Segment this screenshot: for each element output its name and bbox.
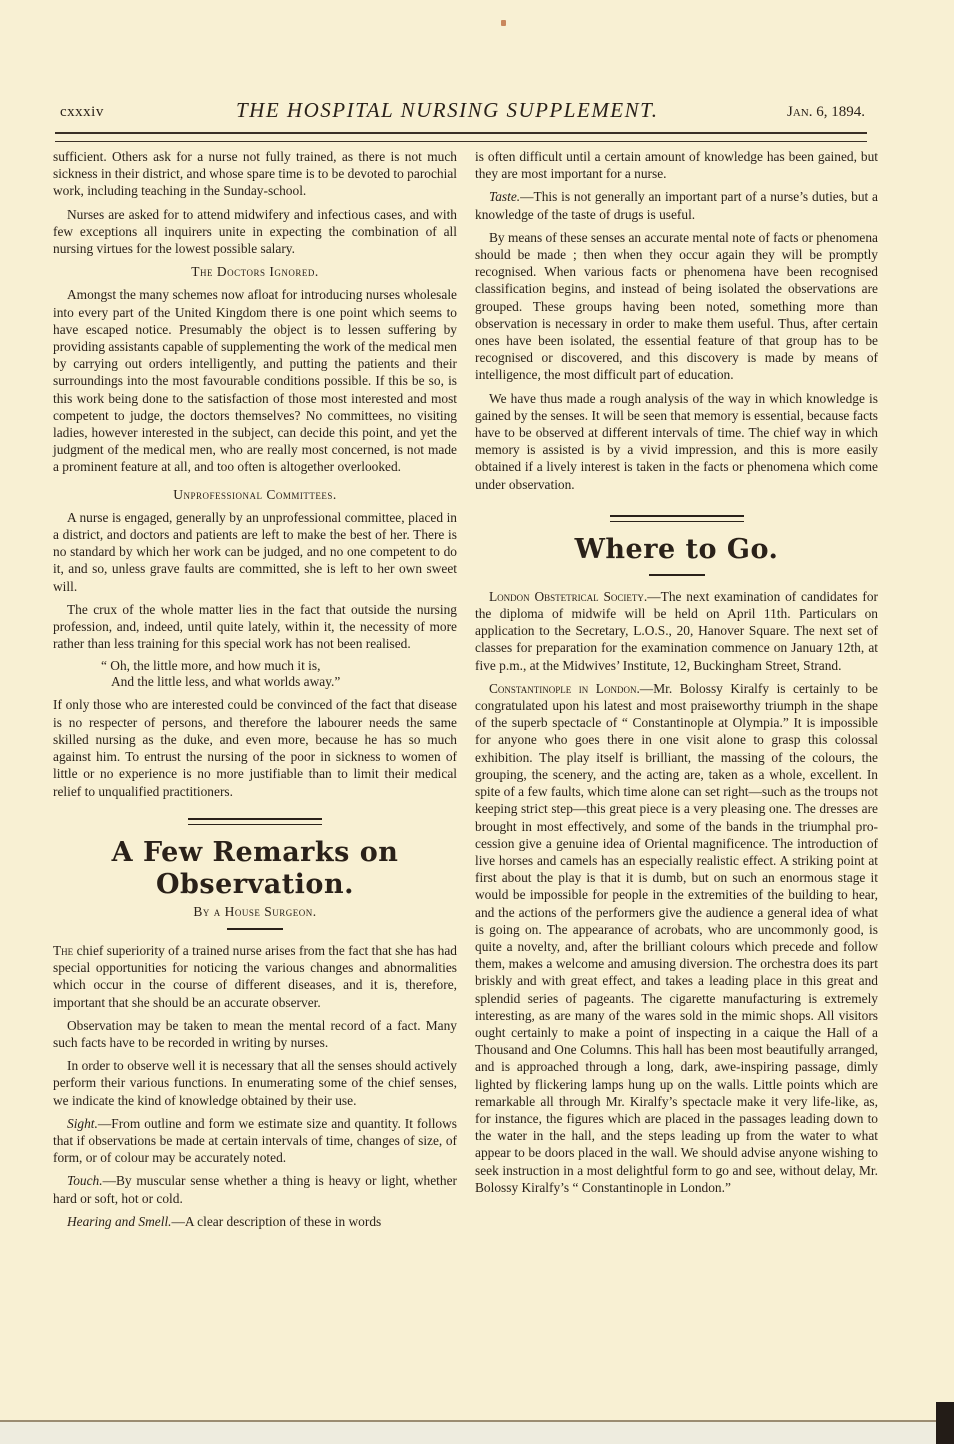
notice-constantinople: Constantinople in London.—Mr. Bolossy Ki… [475, 680, 878, 1196]
paragraph: By means of these senses an accurate men… [475, 229, 878, 384]
paragraph: If only those who are interested could b… [53, 696, 457, 799]
left-column: sufficient. Others ask for a nurse not f… [53, 148, 457, 1236]
title-underline [227, 928, 283, 930]
sense-label: Taste. [489, 189, 520, 204]
sense-label: Hearing and Smell. [67, 1214, 172, 1229]
header-rule [55, 132, 867, 142]
section-heading-unprofessional-committees: Unprofessional Committees. [53, 486, 457, 503]
paragraph: Nurses are asked for to attend midwifery… [53, 206, 457, 258]
section-heading-doctors-ignored: The Doctors Ignored. [53, 263, 457, 280]
notice-text: —Mr. Bolossy Kiralfy is cer­tainly to be… [475, 681, 878, 1195]
lead-text: chief superiority of a trained nurse ari… [53, 943, 457, 1010]
sense-label: Touch. [67, 1173, 103, 1188]
quote-line: “ Oh, the little more, and how much it i… [101, 658, 457, 674]
sense-label: Sight. [67, 1116, 98, 1131]
paragraph: A nurse is engaged, generally by an unpr… [53, 509, 457, 595]
quote-line: And the little less, and what worlds awa… [101, 674, 457, 690]
lead-paragraph: The chief superiority of a trained nurse… [53, 942, 457, 1011]
sense-text: —This is not generally an important part… [475, 189, 878, 221]
paragraph: In order to observe well it is necessary… [53, 1057, 457, 1109]
article-title-where-to-go: Where to Go. [475, 534, 878, 566]
sense-paragraph-sight: Sight.—From outline and form we estimate… [53, 1115, 457, 1167]
sense-paragraph-taste: Taste.—This is not generally an importan… [475, 188, 878, 222]
paragraph: is often difficult until a certain amoun… [475, 148, 878, 182]
paragraph: We have thus made a rough analysis of th… [475, 390, 878, 493]
notice-london-obstetrical: London Obstetrical Society.—The next exa… [475, 588, 878, 674]
article-byline: By a House Surgeon. [53, 903, 457, 920]
sense-paragraph-hearing-smell: Hearing and Smell.—A clear description o… [53, 1213, 457, 1230]
notice-heading: London Obstetrical Society. [489, 589, 647, 604]
paragraph: Amongst the many schemes now afloat for … [53, 286, 457, 475]
paragraph: The crux of the whole matter lies in the… [53, 601, 457, 653]
issue-date: Jan. 6, 1894. [787, 104, 865, 121]
scan-background [0, 1420, 954, 1444]
newspaper-page: cxxxiv THE HOSPITAL NURSING SUPPLEMENT. … [0, 0, 954, 1420]
scan-edge-shadow [936, 1402, 954, 1444]
section-divider [610, 515, 744, 522]
paragraph: sufficient. Others ask for a nurse not f… [53, 148, 457, 200]
sense-text: —From outline and form we estimate size … [53, 1116, 457, 1165]
publication-title: THE HOSPITAL NURSING SUPPLEMENT. [236, 98, 659, 123]
paper-blemish [501, 20, 506, 26]
title-underline [649, 574, 705, 576]
sense-text: —By muscular sense whether a thing is he… [53, 1173, 457, 1205]
sense-paragraph-touch: Touch.—By muscular sense whether a thing… [53, 1172, 457, 1206]
right-column: is often difficult until a certain amoun… [475, 148, 878, 1202]
sense-text: —A clear description of these in words [172, 1214, 382, 1229]
lead-word: The [53, 943, 73, 958]
article-title-observation: A Few Remarks on Observation. [53, 837, 457, 901]
page-header: cxxxiv THE HOSPITAL NURSING SUPPLEMENT. … [60, 98, 865, 128]
section-divider [188, 818, 322, 825]
verse-quote: “ Oh, the little more, and how much it i… [53, 658, 457, 690]
page-number: cxxxiv [60, 104, 104, 121]
paragraph: Observation may be taken to mean the men… [53, 1017, 457, 1051]
notice-heading: Constantinople in London. [489, 681, 640, 696]
